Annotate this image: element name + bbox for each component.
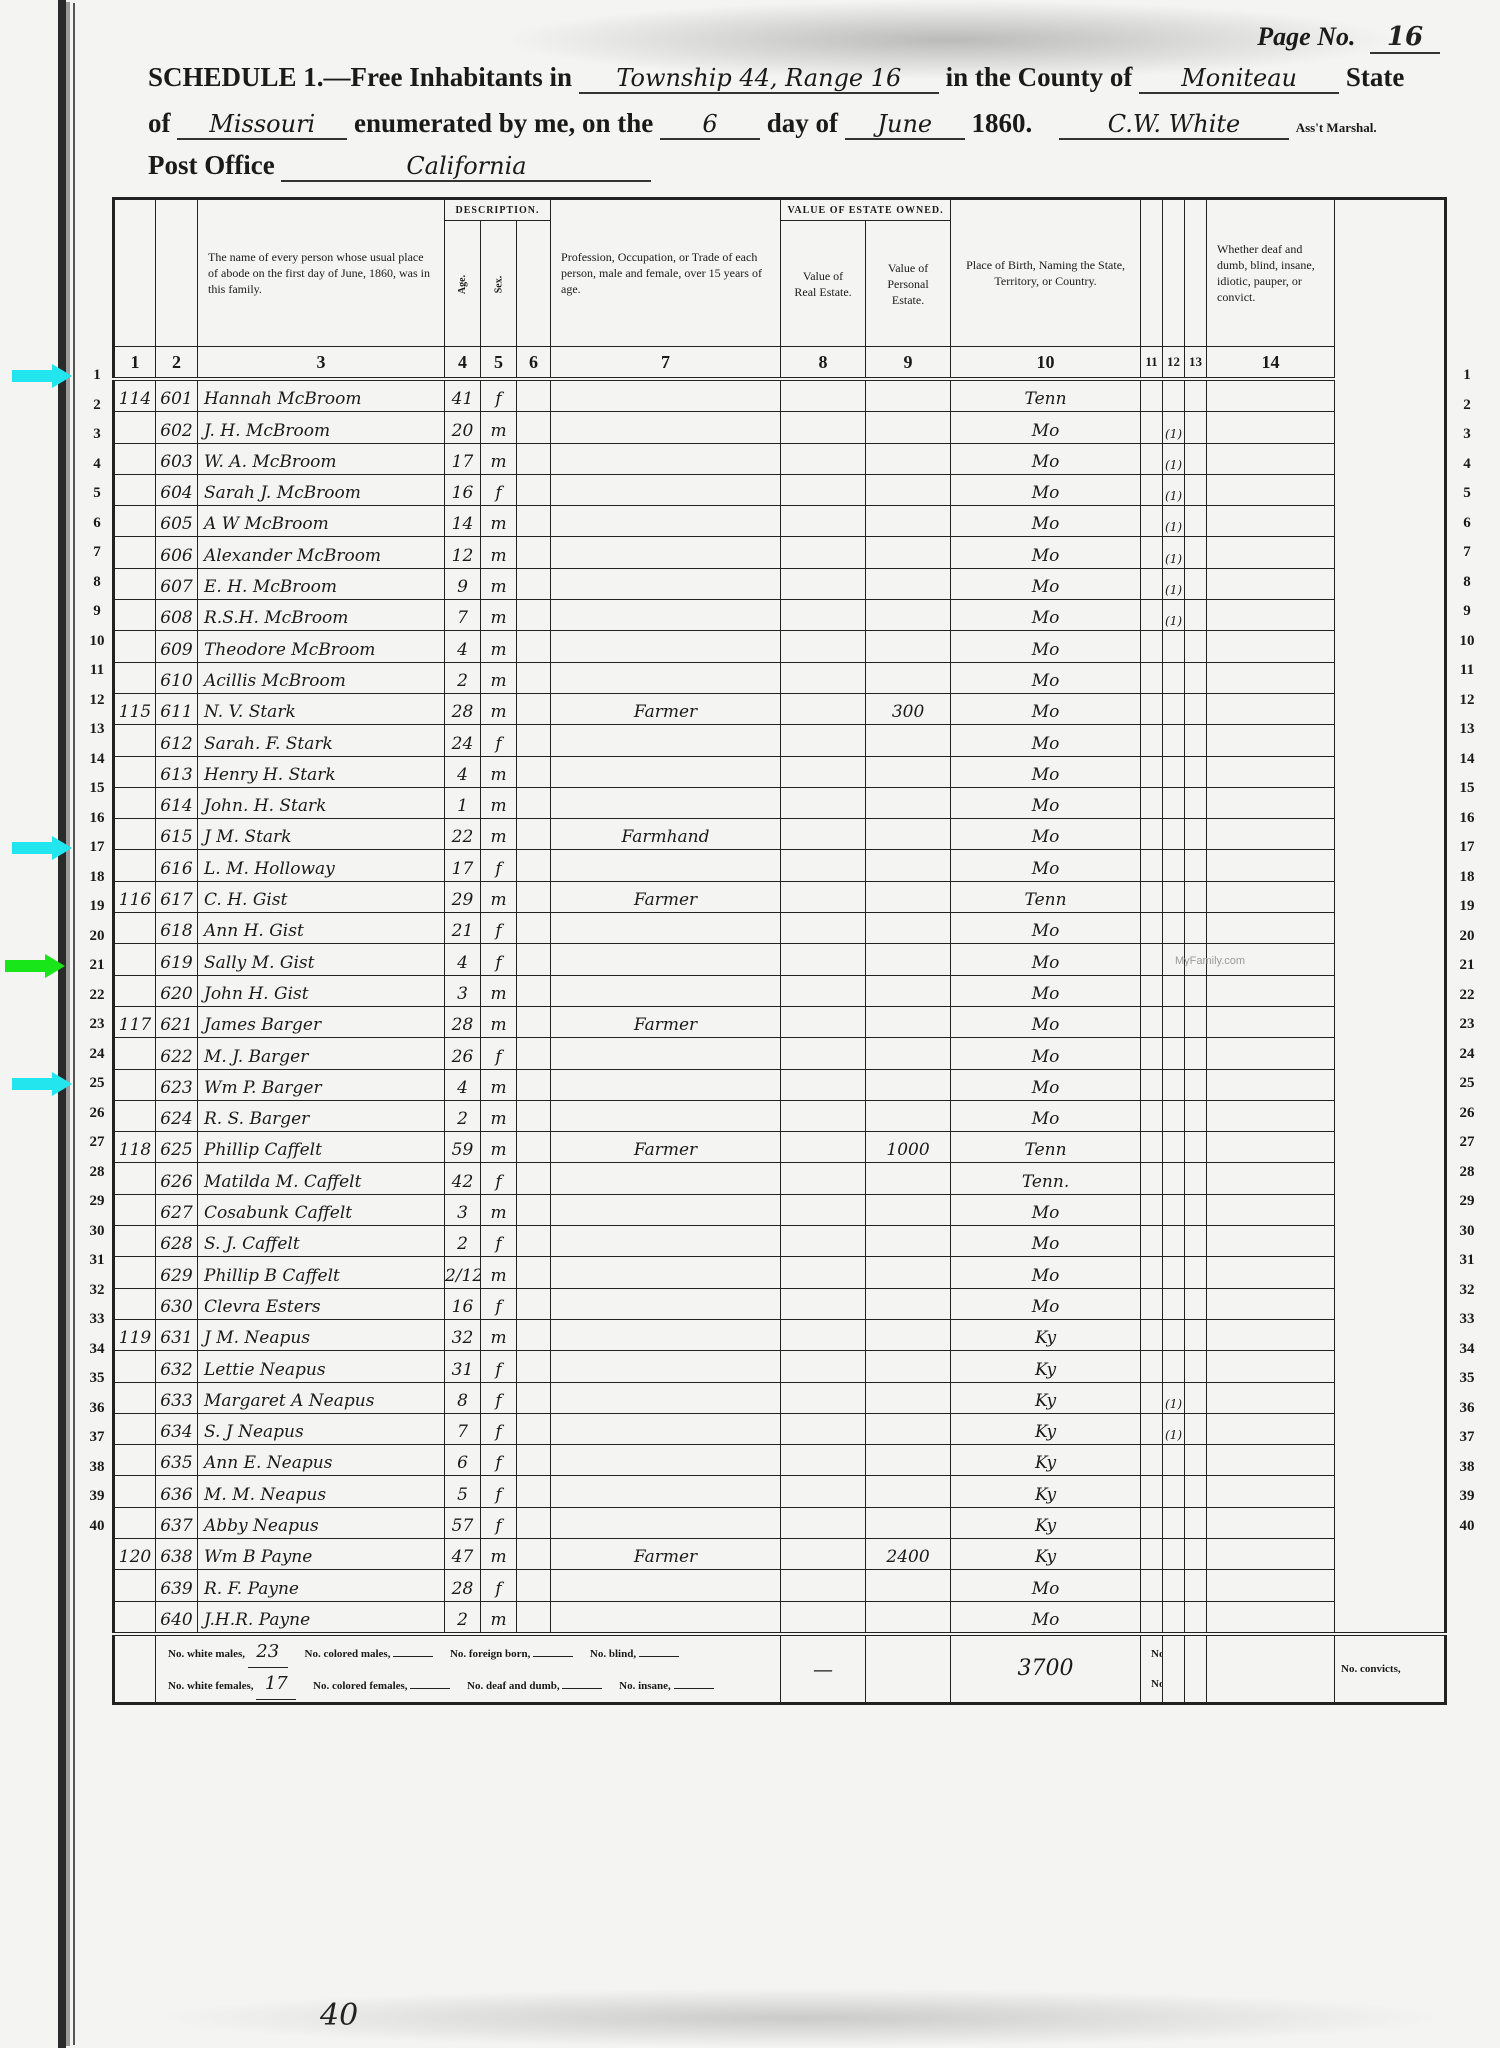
school-mark <box>1163 1100 1185 1131</box>
table-row: 634S. J Neapus7fKy(1) <box>114 1413 1446 1444</box>
color <box>517 1413 551 1444</box>
line-number-left: 24 <box>82 1046 112 1063</box>
disability <box>1207 913 1335 944</box>
school-mark <box>1163 631 1185 662</box>
foreign-born-count <box>533 1656 573 1657</box>
line-number-right: 28 <box>1452 1164 1482 1181</box>
illiterate-mark <box>1185 600 1207 631</box>
birthplace: Mo <box>951 1601 1141 1634</box>
color <box>517 1319 551 1350</box>
color <box>517 1006 551 1037</box>
line-number-right: 33 <box>1452 1311 1482 1328</box>
sex: m <box>481 1601 517 1634</box>
table-row: 116617C. H. Gist29mFarmerTenn <box>114 881 1446 912</box>
real-estate-total: — <box>781 1634 866 1704</box>
census-rows: 114601Hannah McBroom41fTenn602J. H. McBr… <box>114 379 1446 1634</box>
table-row: 609Theodore McBroom4mMo <box>114 631 1446 662</box>
month-field: June <box>845 110 965 140</box>
person-name: Ann E. Neapus <box>198 1445 445 1476</box>
personal-estate-value <box>866 1570 951 1601</box>
line-number-left: 9 <box>82 603 112 620</box>
header-name: The name of every person whose usual pla… <box>198 199 445 347</box>
insane-count <box>674 1688 714 1689</box>
sex: m <box>481 1538 517 1569</box>
person-name: J M. Stark <box>198 819 445 850</box>
enumerated-label: enumerated by me, on the <box>354 108 653 138</box>
highlight-arrow-icon <box>12 1072 72 1096</box>
birthplace: Tenn <box>951 881 1141 912</box>
family-number: 618 <box>156 913 198 944</box>
dwelling-number: 115 <box>114 693 156 724</box>
dwelling-number <box>114 1069 156 1100</box>
family-number: 636 <box>156 1476 198 1507</box>
personal-estate-value <box>866 600 951 631</box>
color <box>517 1507 551 1538</box>
line-number-right: 37 <box>1452 1429 1482 1446</box>
married-mark <box>1141 443 1163 474</box>
color <box>517 819 551 850</box>
line-number-right: 19 <box>1452 898 1482 915</box>
line-number-right: 3 <box>1452 426 1482 443</box>
occupation <box>551 913 781 944</box>
age: 16 <box>445 474 481 505</box>
totals-row: No. white males, 23 No. colored males, N… <box>114 1634 1446 1704</box>
married-mark <box>1141 1257 1163 1288</box>
illiterate-mark <box>1185 443 1207 474</box>
real-estate-value <box>781 693 866 724</box>
line-number-left: 38 <box>82 1459 112 1476</box>
sex: f <box>481 1382 517 1413</box>
real-estate-value <box>781 1570 866 1601</box>
married-mark <box>1141 1413 1163 1444</box>
disability <box>1207 1601 1335 1634</box>
line-number-left: 18 <box>82 869 112 886</box>
school-mark <box>1163 819 1185 850</box>
color <box>517 1069 551 1100</box>
occupation <box>551 1601 781 1634</box>
line-number-left: 30 <box>82 1223 112 1240</box>
dwelling-number <box>114 474 156 505</box>
table-row: 627Cosabunk Caffelt3mMo <box>114 1194 1446 1225</box>
person-name: A W McBroom <box>198 506 445 537</box>
table-row: 633Margaret A Neapus8fKy(1) <box>114 1382 1446 1413</box>
occupation <box>551 568 781 599</box>
married-mark <box>1141 787 1163 818</box>
line-number-left: 39 <box>82 1488 112 1505</box>
sex: m <box>481 662 517 693</box>
age: 17 <box>445 443 481 474</box>
birthplace: Mo <box>951 944 1141 975</box>
person-name: Alexander McBroom <box>198 537 445 568</box>
line-number-right: 30 <box>1452 1223 1482 1240</box>
sex: f <box>481 379 517 412</box>
header-occupation: Profession, Occupation, or Trade of each… <box>551 199 781 347</box>
occupation <box>551 1382 781 1413</box>
school-mark <box>1163 1507 1185 1538</box>
dwelling-number <box>114 1601 156 1634</box>
county-field: Moniteau <box>1139 64 1339 94</box>
personal-estate-value <box>866 1226 951 1257</box>
disability <box>1207 1038 1335 1069</box>
header-estate: VALUE OF ESTATE OWNED. <box>781 199 951 221</box>
person-name: C. H. Gist <box>198 881 445 912</box>
disability <box>1207 443 1335 474</box>
enumeration-line: of Missouri enumerated by me, on the 6 d… <box>148 108 1377 140</box>
family-number: 601 <box>156 379 198 412</box>
header-dwelling: Dwelling-houses—numbered in the order of… <box>114 199 156 347</box>
age: 41 <box>445 379 481 412</box>
occupation <box>551 600 781 631</box>
line-number-left: 22 <box>82 987 112 1004</box>
real-estate-value <box>781 1006 866 1037</box>
school-mark <box>1163 756 1185 787</box>
birthplace: Ky <box>951 1413 1141 1444</box>
married-mark <box>1141 1132 1163 1163</box>
age: 28 <box>445 1006 481 1037</box>
married-mark <box>1141 1288 1163 1319</box>
marshal-field: C.W. White <box>1059 110 1289 140</box>
color <box>517 1100 551 1131</box>
disability <box>1207 1257 1335 1288</box>
family-number: 614 <box>156 787 198 818</box>
line-number-left: 14 <box>82 751 112 768</box>
birthplace: Ky <box>951 1382 1141 1413</box>
colored-males-count <box>393 1656 433 1657</box>
sex: m <box>481 412 517 443</box>
age: 29 <box>445 881 481 912</box>
person-name: Phillip B Caffelt <box>198 1257 445 1288</box>
birthplace: Mo <box>951 975 1141 1006</box>
line-number-left: 37 <box>82 1429 112 1446</box>
occupation <box>551 379 781 412</box>
age: 6 <box>445 1445 481 1476</box>
line-number-left: 33 <box>82 1311 112 1328</box>
color <box>517 850 551 881</box>
family-number: 609 <box>156 631 198 662</box>
age: 7 <box>445 1413 481 1444</box>
header-description: DESCRIPTION. <box>445 199 551 221</box>
person-name: W. A. McBroom <box>198 443 445 474</box>
sex: f <box>481 1288 517 1319</box>
real-estate-value <box>781 379 866 412</box>
personal-estate-value <box>866 412 951 443</box>
sex: f <box>481 1163 517 1194</box>
school-mark: (1) <box>1163 412 1185 443</box>
line-number-right: 1 <box>1452 367 1482 384</box>
married-mark <box>1141 1351 1163 1382</box>
real-estate-value <box>781 537 866 568</box>
table-row: 632Lettie Neapus31fKy <box>114 1351 1446 1382</box>
color <box>517 881 551 912</box>
birthplace: Ky <box>951 1538 1141 1569</box>
school-mark <box>1163 725 1185 756</box>
line-number-right: 17 <box>1452 839 1482 856</box>
person-name: Sarah. F. Stark <box>198 725 445 756</box>
header-age: Age. <box>445 221 481 347</box>
line-number-left: 6 <box>82 515 112 532</box>
married-mark <box>1141 693 1163 724</box>
school-mark <box>1163 1445 1185 1476</box>
occupation <box>551 944 781 975</box>
person-name: Wm B Payne <box>198 1538 445 1569</box>
disability <box>1207 1351 1335 1382</box>
occupation <box>551 725 781 756</box>
dwelling-number <box>114 975 156 1006</box>
color <box>517 474 551 505</box>
line-number-left: 25 <box>82 1075 112 1092</box>
header-row: Dwelling-houses—numbered in the order of… <box>114 199 1446 221</box>
birthplace: Mo <box>951 537 1141 568</box>
family-number: 616 <box>156 850 198 881</box>
school-mark: (1) <box>1163 568 1185 599</box>
sex: m <box>481 1100 517 1131</box>
table-row: 610Acillis McBroom2mMo <box>114 662 1446 693</box>
age: 9 <box>445 568 481 599</box>
occupation <box>551 412 781 443</box>
occupation: Farmer <box>551 1538 781 1569</box>
color <box>517 1226 551 1257</box>
personal-estate-value <box>866 537 951 568</box>
married-mark <box>1141 474 1163 505</box>
page-binding <box>58 0 66 2048</box>
person-name: Matilda M. Caffelt <box>198 1163 445 1194</box>
family-number: 633 <box>156 1382 198 1413</box>
family-number: 605 <box>156 506 198 537</box>
personal-estate-value <box>866 850 951 881</box>
person-name: Lettie Neapus <box>198 1351 445 1382</box>
colnum: 6 <box>517 347 551 380</box>
birthplace: Mo <box>951 850 1141 881</box>
header-personal-estate: Value of Personal Estate. <box>866 221 951 347</box>
personal-estate-value <box>866 1038 951 1069</box>
family-number: 611 <box>156 693 198 724</box>
colnum: 5 <box>481 347 517 380</box>
table-row: 602J. H. McBroom20mMo(1) <box>114 412 1446 443</box>
birthplace: Tenn. <box>951 1163 1141 1194</box>
age: 17 <box>445 850 481 881</box>
person-name: John. H. Stark <box>198 787 445 818</box>
line-number-right: 8 <box>1452 574 1482 591</box>
dwelling-number <box>114 1194 156 1225</box>
person-name: Theodore McBroom <box>198 631 445 662</box>
colnum: 7 <box>551 347 781 380</box>
line-number-right: 32 <box>1452 1282 1482 1299</box>
family-number: 637 <box>156 1507 198 1538</box>
personal-estate-value <box>866 506 951 537</box>
age: 4 <box>445 631 481 662</box>
line-number-left: 2 <box>82 397 112 414</box>
personal-estate-value <box>866 568 951 599</box>
person-name: Abby Neapus <box>198 1507 445 1538</box>
age: 59 <box>445 1132 481 1163</box>
birthplace: Mo <box>951 1257 1141 1288</box>
occupation <box>551 850 781 881</box>
person-name: Henry H. Stark <box>198 756 445 787</box>
age: 20 <box>445 412 481 443</box>
line-number-left: 35 <box>82 1370 112 1387</box>
header-disability: Whether deaf and dumb, blind, insane, id… <box>1207 199 1335 347</box>
real-estate-value <box>781 662 866 693</box>
school-mark: (1) <box>1163 506 1185 537</box>
married-mark <box>1141 1100 1163 1131</box>
color <box>517 537 551 568</box>
family-number: 629 <box>156 1257 198 1288</box>
person-name: Cosabunk Caffelt <box>198 1194 445 1225</box>
person-name: J.H.R. Payne <box>198 1601 445 1634</box>
age: 2 <box>445 662 481 693</box>
personal-estate-value <box>866 913 951 944</box>
disability <box>1207 474 1335 505</box>
person-name: Wm P. Barger <box>198 1069 445 1100</box>
color <box>517 631 551 662</box>
table-row: 622M. J. Barger26fMo <box>114 1038 1446 1069</box>
state-field: Missouri <box>177 110 347 140</box>
state-label: State <box>1346 62 1404 92</box>
disability <box>1207 537 1335 568</box>
header-illiterate: Persons over 20 y'rs of age who cannot r… <box>1185 199 1207 347</box>
school-mark <box>1163 1319 1185 1350</box>
dwelling-number: 120 <box>114 1538 156 1569</box>
table-row: 613Henry H. Stark4mMo <box>114 756 1446 787</box>
family-number: 626 <box>156 1163 198 1194</box>
page-number: Page No. 16 <box>1257 22 1440 54</box>
birthplace: Mo <box>951 1006 1141 1037</box>
age: 26 <box>445 1038 481 1069</box>
illiterate-mark <box>1185 1069 1207 1100</box>
real-estate-value <box>781 1413 866 1444</box>
school-mark <box>1163 1006 1185 1037</box>
sex: f <box>481 474 517 505</box>
real-estate-value <box>781 850 866 881</box>
personal-estate-value <box>866 1194 951 1225</box>
birthplace: Mo <box>951 631 1141 662</box>
disability <box>1207 1069 1335 1100</box>
real-estate-value <box>781 1069 866 1100</box>
disability <box>1207 631 1335 662</box>
disability <box>1207 1445 1335 1476</box>
line-number-right: 40 <box>1452 1518 1482 1535</box>
blind-count <box>639 1656 679 1657</box>
birthplace: Mo <box>951 443 1141 474</box>
sex: f <box>481 1445 517 1476</box>
table-row: 623Wm P. Barger4mMo <box>114 1069 1446 1100</box>
married-mark <box>1141 913 1163 944</box>
line-number-left: 27 <box>82 1134 112 1151</box>
line-number-right: 7 <box>1452 544 1482 561</box>
line-number-right: 15 <box>1452 780 1482 797</box>
illiterate-mark <box>1185 787 1207 818</box>
real-estate-value <box>781 1382 866 1413</box>
age: 4 <box>445 756 481 787</box>
married-mark <box>1141 1445 1163 1476</box>
occupation <box>551 1194 781 1225</box>
disability <box>1207 693 1335 724</box>
illiterate-mark <box>1185 1476 1207 1507</box>
school-mark <box>1163 1194 1185 1225</box>
line-number-right: 29 <box>1452 1193 1482 1210</box>
line-number-left: 3 <box>82 426 112 443</box>
age: 8 <box>445 1382 481 1413</box>
line-number-right: 11 <box>1452 662 1482 679</box>
dwelling-number <box>114 1382 156 1413</box>
real-estate-value <box>781 787 866 818</box>
person-name: S. J. Caffelt <box>198 1226 445 1257</box>
header-school: Attended School within the year. <box>1163 199 1185 347</box>
line-number-left: 17 <box>82 839 112 856</box>
personal-estate-total: 3700 <box>951 1634 1141 1704</box>
occupation <box>551 1038 781 1069</box>
age: 28 <box>445 1570 481 1601</box>
age: 31 <box>445 1351 481 1382</box>
family-number: 603 <box>156 443 198 474</box>
illiterate-mark <box>1185 1382 1207 1413</box>
birthplace: Mo <box>951 412 1141 443</box>
table-row: 605A W McBroom14mMo(1) <box>114 506 1446 537</box>
sex: m <box>481 881 517 912</box>
line-number-left: 10 <box>82 633 112 650</box>
sex: m <box>481 1069 517 1100</box>
personal-estate-value <box>866 1382 951 1413</box>
sex: m <box>481 1194 517 1225</box>
school-mark <box>1163 1351 1185 1382</box>
illiterate-mark <box>1185 1257 1207 1288</box>
line-number-right: 10 <box>1452 633 1482 650</box>
person-name: E. H. McBroom <box>198 568 445 599</box>
table-row: 628S. J. Caffelt2fMo <box>114 1226 1446 1257</box>
disability <box>1207 662 1335 693</box>
person-name: J. H. McBroom <box>198 412 445 443</box>
schedule-title: SCHEDULE 1.—Free Inhabitants in Township… <box>148 62 1404 94</box>
married-mark <box>1141 850 1163 881</box>
dwelling-number: 117 <box>114 1006 156 1037</box>
married-mark <box>1141 944 1163 975</box>
table-row: 608R.S.H. McBroom7mMo(1) <box>114 600 1446 631</box>
real-estate-value <box>781 1445 866 1476</box>
color <box>517 412 551 443</box>
real-estate-value <box>781 881 866 912</box>
school-mark <box>1163 662 1185 693</box>
birthplace: Mo <box>951 1100 1141 1131</box>
married-mark <box>1141 662 1163 693</box>
line-number-left: 5 <box>82 485 112 502</box>
disability <box>1207 1319 1335 1350</box>
real-estate-value <box>781 1257 866 1288</box>
school-mark <box>1163 1163 1185 1194</box>
personal-estate-value <box>866 1163 951 1194</box>
real-estate-value <box>781 600 866 631</box>
sex: m <box>481 787 517 818</box>
line-number-left: 19 <box>82 898 112 915</box>
illiterate-mark <box>1185 1038 1207 1069</box>
family-number: 612 <box>156 725 198 756</box>
school-mark <box>1163 379 1185 412</box>
table-row: 629Phillip B Caffelt2/12mMo <box>114 1257 1446 1288</box>
real-estate-value <box>781 474 866 505</box>
color <box>517 756 551 787</box>
sex: m <box>481 1257 517 1288</box>
dwelling-number <box>114 1413 156 1444</box>
sex: m <box>481 443 517 474</box>
sex: f <box>481 1570 517 1601</box>
birthplace: Mo <box>951 819 1141 850</box>
dwelling-number <box>114 1507 156 1538</box>
family-number: 639 <box>156 1570 198 1601</box>
column-number-row: 1 2 3 4 5 6 7 8 9 10 11 12 13 14 <box>114 347 1446 380</box>
township-field: Township 44, Range 16 <box>579 64 939 94</box>
color <box>517 944 551 975</box>
birthplace: Mo <box>951 662 1141 693</box>
post-office-field: California <box>281 152 651 182</box>
